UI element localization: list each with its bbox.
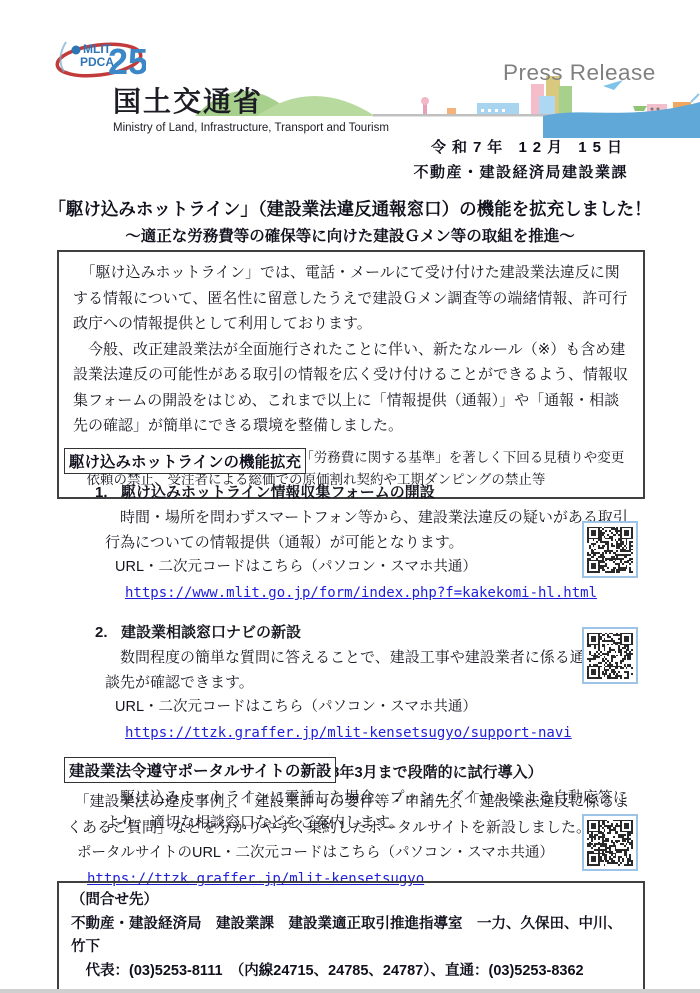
- list-item-1: 1. 駆け込みホットライン情報収集フォームの開設 時間・場所を問わずスマートフォ…: [57, 481, 645, 606]
- support-navi-link[interactable]: https://ttzk.graffer.jp/mlit-kensetsugyo…: [125, 725, 572, 741]
- qr-code-hotline-form: [582, 521, 638, 578]
- item-1-url-label: URL・二次元コードはこちら（パソコン・スマホ共通）: [57, 555, 645, 580]
- item-1-title-row: 1. 駆け込みホットライン情報収集フォームの開設: [57, 481, 645, 505]
- qr-code-support-navi: [582, 627, 638, 684]
- ministry-name-jp: 国土交通省: [113, 80, 389, 120]
- qr-code-pattern: [587, 633, 633, 679]
- ministry-name-block: 国土交通省 Ministry of Land, Infrastructure, …: [113, 80, 389, 134]
- item-1-url-row: https://www.mlit.go.jp/form/index.php?f=…: [57, 580, 645, 606]
- press-release-label: Press Release: [503, 60, 656, 86]
- item-2-url-row: https://ttzk.graffer.jp/mlit-kensetsugyo…: [57, 720, 645, 746]
- item-2-number: 2.: [95, 621, 121, 645]
- portal-site-body: 「建設業法の違反事例」、「建設業許可の要件等・申請先」、「建設業法違反に係るよく…: [57, 789, 645, 840]
- item-2-body: 数問程度の簡単な質問に答えることで、建設工事や建設業者に係る通報・相談先が確認で…: [57, 645, 645, 695]
- portal-site-section: 「建設業法の違反事例」、「建設業許可の要件等・申請先」、「建設業法違反に係るよく…: [57, 789, 645, 892]
- section-heading-hotline-expansion: 駆け込みホットラインの機能拡充: [64, 448, 306, 474]
- contact-line2: 代表：(03)5253-8111 （内線24715、24785、24787）、直…: [71, 960, 631, 984]
- item-2-title: 建設業相談窓口ナビの新設: [121, 621, 301, 645]
- qr-code-portal-site: [582, 814, 638, 871]
- summary-paragraph-2: 今般、改正建設業法が全面施行されたことに伴い、新たなルール（※）も含め建設業法違…: [73, 337, 629, 439]
- qr-code-pattern: [587, 527, 633, 573]
- section-heading-portal-site: 建設業法令遵守ポータルサイトの新設: [64, 757, 336, 783]
- summary-paragraph-1: 「駆け込みホットライン」では、電話・メールにて受け付けた建設業法違反に関する情報…: [73, 260, 629, 337]
- press-release-page: MLIT PDCA 25 Press Release 国土交通省 Ministr: [0, 0, 700, 993]
- qr-code-pattern: [587, 820, 633, 866]
- contact-line1: 不動産・建設経済局 建設業課 建設業適正取引推進指導室 一力、久保田、中川、竹下: [71, 913, 631, 960]
- item-2-title-row: 2. 建設業相談窓口ナビの新設: [57, 621, 645, 645]
- issuing-department: 不動産・建設経済局建設業課: [413, 161, 628, 182]
- ministry-name-en: Ministry of Land, Infrastructure, Transp…: [113, 122, 389, 134]
- release-date: 令和7年 12月 15日: [413, 136, 628, 157]
- contact-label: （問合せ先）: [71, 889, 631, 913]
- page-bottom-edge: [0, 989, 700, 993]
- item-2-url-label: URL・二次元コードはこちら（パソコン・スマホ共通）: [57, 695, 645, 720]
- list-item-2: 2. 建設業相談窓口ナビの新設 数問程度の簡単な質問に答えることで、建設工事や建…: [57, 621, 645, 746]
- item-1-number: 1.: [95, 481, 121, 505]
- item-1-body: 時間・場所を問わずスマートフォン等から、建設業法違反の疑いがある取引行為について…: [57, 505, 645, 555]
- date-department-block: 令和7年 12月 15日 不動産・建設経済局建設業課: [413, 136, 628, 182]
- portal-site-url-label: ポータルサイトのURL・二次元コードはこちら（パソコン・スマホ共通）: [57, 840, 645, 866]
- hotline-form-link[interactable]: https://www.mlit.go.jp/form/index.php?f=…: [125, 585, 597, 601]
- document-title: 「駆け込みホットライン」（建設業法違反通報窓口）の機能を拡充しました！: [0, 196, 700, 221]
- contact-box: （問合せ先） 不動産・建設経済局 建設業課 建設業適正取引推進指導室 一力、久保…: [57, 881, 645, 991]
- badge-25-text: 25: [108, 41, 146, 82]
- document-subtitle: ～適正な労務費等の確保等に向けた建設Ｇメン等の取組を推進～: [0, 224, 700, 246]
- item-1-title: 駆け込みホットライン情報収集フォームの開設: [121, 481, 435, 505]
